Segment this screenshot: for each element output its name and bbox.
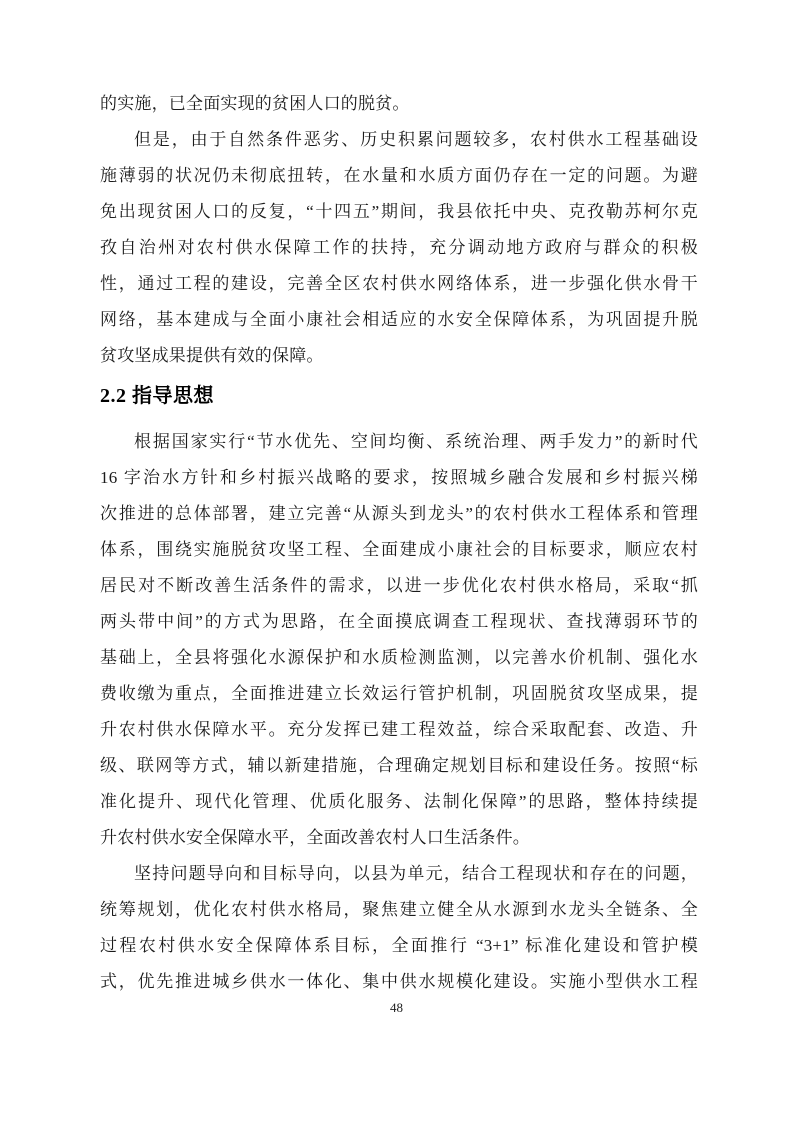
page-number: 48	[0, 1000, 793, 1016]
text-line: 升农村供水安全保障水平，全面改善农村人口生活条件。	[100, 820, 698, 856]
text-line: 式，优先推进城乡供水一体化、集中供水规模化建设。实施小型供水工程	[100, 964, 698, 1000]
text-line: 费收缴为重点，全面推进建立长效运行管护机制，巩固脱贫攻坚成果，提	[100, 676, 698, 712]
text-line: 贫攻坚成果提供有效的保障。	[100, 338, 698, 374]
text-line: 坚持问题导向和目标导向，以县为单元，结合工程现状和存在的问题，	[100, 856, 698, 892]
text-line: 基础上，全县将强化水源保护和水质检测监测，以完善水价机制、强化水	[100, 640, 698, 676]
text-line: 根据国家实行“节水优先、空间均衡、系统治理、两手发力”的新时代	[100, 424, 698, 460]
section-heading: 2.2 指导思想	[100, 374, 698, 418]
text-line: 性，通过工程的建设，完善全区农村供水网络体系，进一步强化供水骨干	[100, 266, 698, 302]
text-line: 统筹规划，优化农村供水格局，聚焦建立健全从水源到水龙头全链条、全	[100, 892, 698, 928]
text-line: 次推进的总体部署，建立完善“从源头到龙头”的农村供水工程体系和管理	[100, 496, 698, 532]
text-line: 孜自治州对农村供水保障工作的扶持，充分调动地方政府与群众的积极	[100, 230, 698, 266]
text-line: 免出现贫困人口的反复，“十四五”期间，我县依托中央、克孜勒苏柯尔克	[100, 194, 698, 230]
text-line: 的实施，已全面实现的贫困人口的脱贫。	[100, 86, 698, 122]
text-line: 准化提升、现代化管理、优质化服务、法制化保障”的思路，整体持续提	[100, 784, 698, 820]
text-line: 过程农村供水安全保障体系目标，全面推行 “3+1” 标准化建设和管护模	[100, 928, 698, 964]
document-body: 的实施，已全面实现的贫困人口的脱贫。 但是，由于自然条件恶劣、历史积累问题较多，…	[100, 86, 698, 1000]
text-line: 施薄弱的状况仍未彻底扭转，在水量和水质方面仍存在一定的问题。为避	[100, 158, 698, 194]
text-line: 网络，基本建成与全面小康社会相适应的水安全保障体系，为巩固提升脱	[100, 302, 698, 338]
text-line: 居民对不断改善生活条件的需求，以进一步优化农村供水格局，采取“抓	[100, 568, 698, 604]
paragraph: 根据国家实行“节水优先、空间均衡、系统治理、两手发力”的新时代 16 字治水方针…	[100, 424, 698, 856]
text-line: 级、联网等方式，辅以新建措施，合理确定规划目标和建设任务。按照“标	[100, 748, 698, 784]
document-page: 的实施，已全面实现的贫困人口的脱贫。 但是，由于自然条件恶劣、历史积累问题较多，…	[0, 0, 793, 1122]
paragraph: 但是，由于自然条件恶劣、历史积累问题较多，农村供水工程基础设 施薄弱的状况仍未彻…	[100, 122, 698, 374]
text-line: 16 字治水方针和乡村振兴战略的要求，按照城乡融合发展和乡村振兴梯	[100, 460, 698, 496]
paragraph: 坚持问题导向和目标导向，以县为单元，结合工程现状和存在的问题， 统筹规划，优化农…	[100, 856, 698, 1000]
text-line: 两头带中间”的方式为思路，在全面摸底调查工程现状、查找薄弱环节的	[100, 604, 698, 640]
text-line: 体系，围绕实施脱贫攻坚工程、全面建成小康社会的目标要求，顺应农村	[100, 532, 698, 568]
text-line: 但是，由于自然条件恶劣、历史积累问题较多，农村供水工程基础设	[100, 122, 698, 158]
paragraph: 的实施，已全面实现的贫困人口的脱贫。	[100, 86, 698, 122]
text-line: 升农村供水保障水平。充分发挥已建工程效益，综合采取配套、改造、升	[100, 712, 698, 748]
